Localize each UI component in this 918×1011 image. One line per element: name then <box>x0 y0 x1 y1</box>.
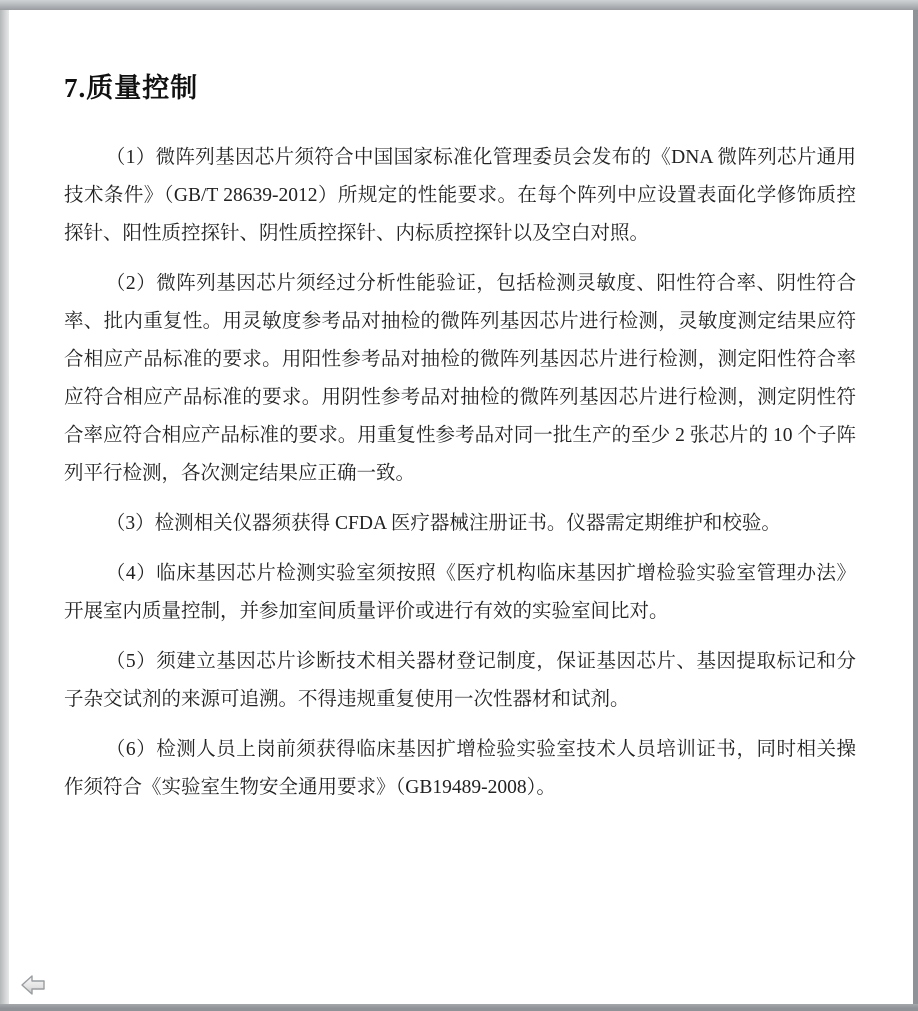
back-arrow-icon <box>20 973 46 997</box>
window-frame-left <box>0 10 9 1004</box>
paragraph-1: （1）微阵列基因芯片须符合中国国家标准化管理委员会发布的《DNA 微阵列芯片通用… <box>64 139 856 253</box>
back-button[interactable] <box>20 973 46 997</box>
document-content: 7.质量控制 （1）微阵列基因芯片须符合中国国家标准化管理委员会发布的《DNA … <box>9 10 913 807</box>
window-frame-right <box>913 10 918 1004</box>
document-page: 7.质量控制 （1）微阵列基因芯片须符合中国国家标准化管理委员会发布的《DNA … <box>9 10 913 1004</box>
paragraph-5: （5）须建立基因芯片诊断技术相关器材登记制度，保证基因芯片、基因提取标记和分子杂… <box>64 643 856 719</box>
window-frame-top <box>0 0 918 10</box>
paragraph-2: （2）微阵列基因芯片须经过分析性能验证，包括检测灵敏度、阳性符合率、阴性符合率、… <box>64 265 856 493</box>
paragraph-6: （6）检测人员上岗前须获得临床基因扩增检验实验室技术人员培训证书，同时相关操作须… <box>64 731 856 807</box>
window-frame-bottom <box>0 1004 918 1011</box>
paragraph-3: （3）检测相关仪器须获得 CFDA 医疗器械注册证书。仪器需定期维护和校验。 <box>64 505 856 543</box>
viewer-window: { "doc": { "title": "7.质量控制", "paragraph… <box>0 0 918 1011</box>
paragraph-4: （4）临床基因芯片检测实验室须按照《医疗机构临床基因扩增检验实验室管理办法》开展… <box>64 555 856 631</box>
section-title: 7.质量控制 <box>64 66 856 105</box>
